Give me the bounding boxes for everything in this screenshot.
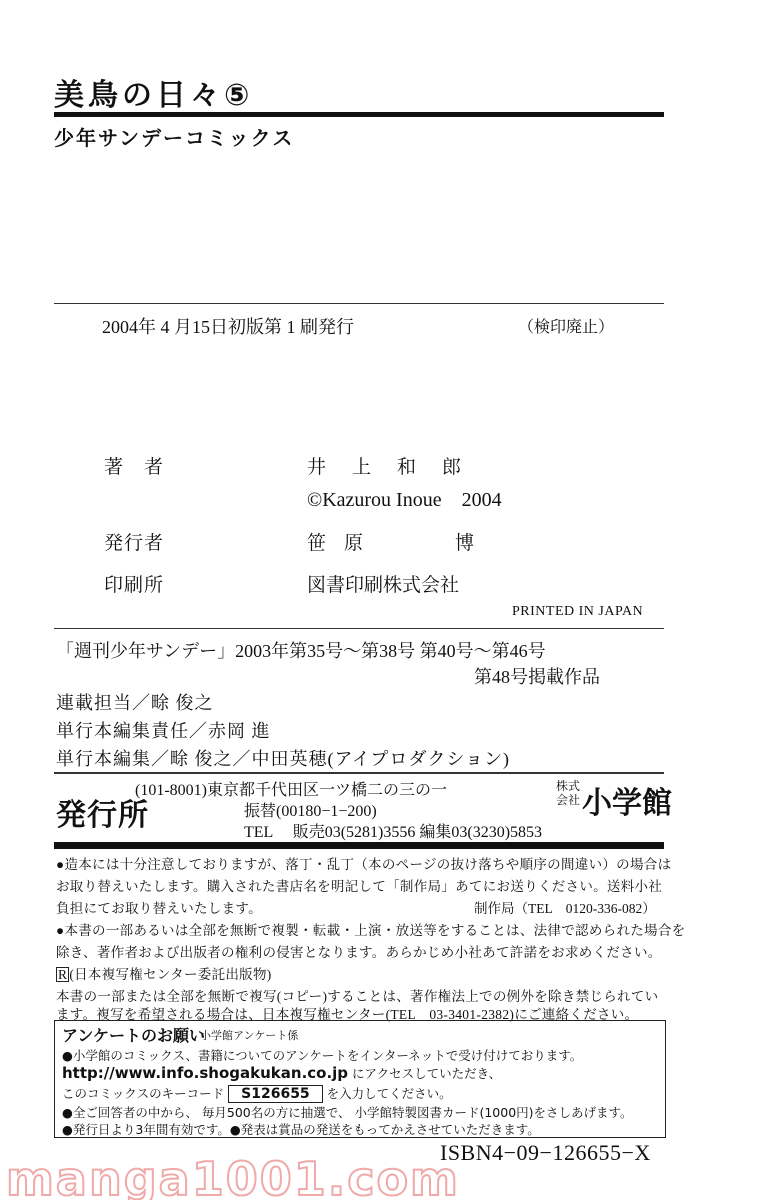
keycode-box: S126655 bbox=[228, 1085, 323, 1103]
jrrc-line: R(日本複写権センター委託出版物) bbox=[56, 963, 272, 983]
copyright-notice-2: 除き、著作者および出版者の権利の侵害となります。あらかじめ小社あて許諾をお求めく… bbox=[56, 941, 662, 961]
copyright-notice-1: ●本書の一部あるいは全部を無断で複製・転載・上演・放送等をすることは、法律で認め… bbox=[56, 919, 685, 939]
staff-line-1: 連載担当／畭 俊之 bbox=[56, 689, 214, 715]
author-name: 井上和郎 bbox=[307, 452, 487, 479]
defect-notice-3: 負担にてお取り替えいたします。 bbox=[56, 897, 262, 917]
survey-subtitle: 小学館アンケート係 bbox=[200, 1027, 298, 1043]
defect-notice-2: お取り替えいたします。購入された書店名を明記して「制作局」あてにお送りください。… bbox=[56, 875, 662, 895]
company-type-2: 会社 bbox=[556, 793, 580, 807]
copyright-line: ©Kazurou Inoue 2004 bbox=[307, 483, 502, 512]
defect-contact: 制作局（TEL 0120-336-082） bbox=[474, 897, 656, 917]
publisher-tel: TEL 販売03(5281)3556 編集03(3230)5853 bbox=[244, 819, 542, 842]
printer-name: 図書印刷株式会社 bbox=[307, 570, 459, 597]
survey-url-link[interactable]: http://www.info.shogakukan.co.jp bbox=[62, 1064, 348, 1082]
defect-notice-1: ●造本には十分注意しておりますが、落丁・乱丁（本のページの抜け落ちや順序の間違い… bbox=[56, 853, 671, 873]
keycode-suffix: を入力してください。 bbox=[327, 1086, 452, 1101]
survey-url-line: http://www.info.shogakukan.co.jp にアクセスして… bbox=[62, 1064, 501, 1082]
publisher-name: 小学館 bbox=[582, 778, 672, 822]
divider bbox=[54, 772, 664, 774]
printed-in-japan: PRINTED IN JAPAN bbox=[512, 604, 643, 620]
survey-line-4: ●全ご回答者の中から、 毎月500名の方に抽選で、 小学館特製図書カード(100… bbox=[62, 1103, 633, 1121]
seal-note: （検印廃止） bbox=[518, 314, 614, 337]
survey-title: アンケートのお願い bbox=[62, 1023, 205, 1046]
divider bbox=[54, 628, 664, 629]
divider bbox=[54, 303, 664, 304]
copy-notice-1: 本書の一部または全部を無断で複写(コピー)することは、著作権法上での例外を除き禁… bbox=[56, 985, 658, 1005]
series-name: 少年サンデーコミックス bbox=[54, 122, 294, 151]
watermark: manga1001.com bbox=[6, 1152, 460, 1200]
serialization-line-1: 「週刊少年サンデー」2003年第35号～第38号 第40号～第46号 bbox=[56, 637, 546, 663]
publisher-address: (101-8001)東京都千代田区一ツ橋二の三の一 bbox=[135, 777, 447, 800]
survey-keycode-line: このコミックスのキーコードS126655を入力してください。 bbox=[62, 1084, 452, 1103]
book-title: 美鳥の日々⑤ bbox=[54, 70, 253, 114]
thick-divider bbox=[54, 842, 664, 849]
author-label: 著 者 bbox=[104, 452, 164, 479]
survey-line-5: ●発行日より3年間有効です。●発表は賞品の発送をもってかえさせていただきます。 bbox=[62, 1120, 540, 1138]
title-rule bbox=[54, 112, 664, 117]
staff-line-3: 単行本編集／畭 俊之／中田英穂(アイプロダクション) bbox=[56, 745, 510, 771]
jrrc-label: (日本複写権センター委託出版物) bbox=[69, 967, 271, 982]
r-mark-icon: R bbox=[56, 967, 69, 982]
publisher-person-name: 笹原 博 bbox=[307, 528, 492, 555]
staff-line-2: 単行本編集責任／赤岡 進 bbox=[56, 717, 271, 743]
company-type-1: 株式 bbox=[556, 779, 580, 793]
keycode-prefix: このコミックスのキーコード bbox=[62, 1086, 224, 1101]
serialization-line-2: 第48号掲載作品 bbox=[474, 663, 600, 689]
survey-url-suffix: にアクセスしていただき、 bbox=[348, 1066, 501, 1081]
publisher-transfer: 振替(00180−1−200) bbox=[244, 798, 377, 821]
publisher-person-label: 発行者 bbox=[104, 528, 164, 555]
company-type: 株式 会社 bbox=[556, 779, 580, 807]
survey-line-1: ●小学館のコミックス、書籍についてのアンケートをインターネットで受け付けておりま… bbox=[62, 1046, 582, 1064]
isbn: ISBN4−09−126655−X bbox=[440, 1140, 651, 1166]
printer-label: 印刷所 bbox=[104, 570, 164, 597]
publication-date: 2004年 4 月15日初版第 1 刷発行 bbox=[102, 313, 354, 339]
